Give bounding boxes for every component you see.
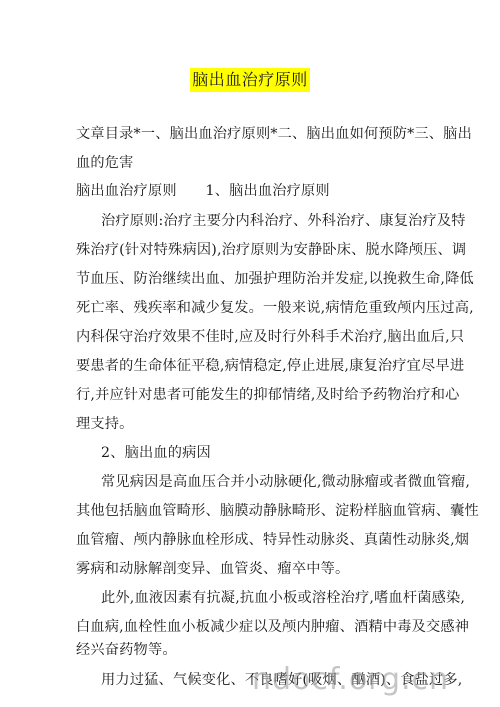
text-line: 常见病因是高血压合并小动脉硬化,微动脉瘤或者微血管瘤, — [101, 472, 470, 492]
text-line: 脑出血治疗原则 1、脑出血治疗原则 — [76, 181, 330, 201]
text-line: 殊治疗(针对特殊病因),治疗原则为安静卧床、脱水降颅压、调 — [76, 240, 466, 260]
title-container: 脑出血治疗原则 — [0, 68, 500, 92]
text-line: 死亡率、残疾率和减少复发。一般来说,病情危重致颅内压过高, — [76, 298, 474, 318]
document-page: 脑出血治疗原则 文章目录*一、脑出血治疗原则*二、脑出血如何预防*三、脑出血的危… — [0, 0, 500, 707]
text-line: 此外,血液因素有抗凝,抗血小板或溶栓治疗,嗜血杆菌感染, — [101, 588, 465, 608]
text-line: 理支持。 — [76, 414, 134, 434]
text-line: 雾病和动脉解剖变异、血管炎、瘤卒中等。 — [76, 559, 349, 579]
text-line: 经兴奋药物等。 — [76, 640, 177, 660]
text-line: 其他包括脑血管畸形、脑膜动静脉畸形、淀粉样脑血管病、囊性 — [76, 501, 479, 521]
text-line: 治疗原则:治疗主要分内科治疗、外科治疗、康复治疗及特 — [101, 211, 466, 231]
document-title: 脑出血治疗原则 — [190, 68, 310, 92]
text-line: 血管瘤、颅内静脉血栓形成、特异性动脉炎、真菌性动脉炎,烟 — [76, 530, 469, 550]
text-line: 要患者的生命体征平稳,病情稳定,停止进展,康复治疗宜尽早进 — [76, 356, 464, 376]
text-line: 文章目录*一、脑出血治疗原则*二、脑出血如何预防*三、脑出 — [76, 124, 472, 144]
text-line: 内科保守治疗效果不佳时,应及时行外科手术治疗,脑出血后,只 — [76, 327, 464, 347]
text-line: 节血压、防治继续出血、加强护理防治并发症,以挽救生命,降低 — [76, 269, 474, 289]
text-line: 2、脑出血的病因 — [101, 443, 211, 463]
watermark: ndocf.org.cn — [252, 665, 449, 695]
text-line: 白血病,血栓性血小板减少症以及颅内肿瘤、酒精中毒及交感神 — [76, 617, 469, 637]
text-line: 行,并应针对患者可能发生的抑郁情绪,及时给予药物治疗和心 — [76, 385, 460, 405]
text-line: 血的危害 — [76, 153, 134, 173]
